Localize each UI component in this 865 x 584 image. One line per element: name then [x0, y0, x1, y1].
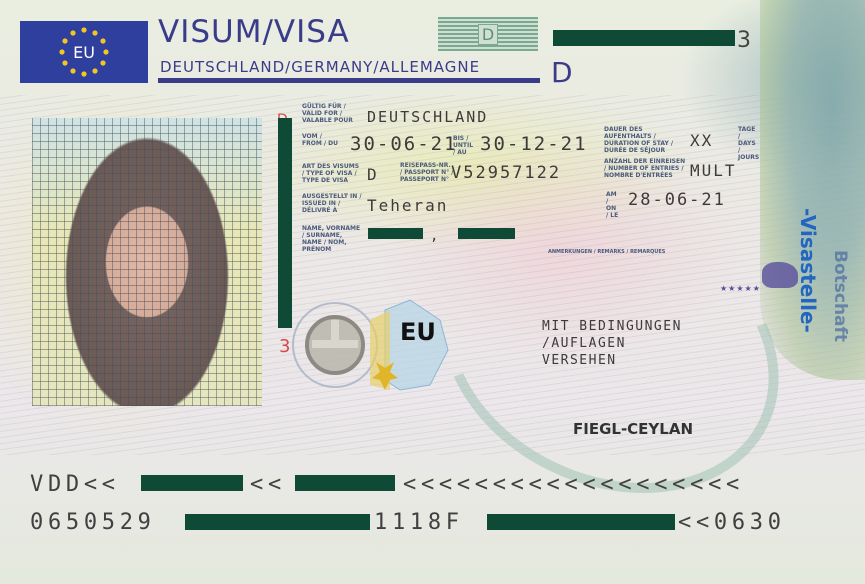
remarks-text: MIT BEDINGUNGEN/AUFLAGENVERSEHEN — [542, 318, 682, 369]
label-name: NAME, VORNAME / SURNAME, NAME / NOM, PRÉ… — [302, 225, 362, 253]
document-subtitle: DEUTSCHLAND/GERMANY/ALLEMAGNE — [160, 58, 480, 76]
mrz-line-1-filler: <<<<<<<<<<<<<<<<<<< — [403, 472, 744, 497]
value-issued-in: Teheran — [367, 196, 448, 215]
label-days: TAGE / DAYS / JOURS — [738, 126, 758, 161]
redacted-visa-number — [553, 30, 735, 46]
remarks-line-2: /AUFLAGEN — [542, 335, 682, 352]
redacted-mrz-given-name — [295, 475, 395, 491]
mrz-line-2-suffix: <<0630 — [678, 510, 786, 535]
mrz-line-1-prefix: VDD<< — [30, 472, 120, 497]
berlin-bear-icon — [762, 262, 798, 288]
value-from: 30-06-21 — [350, 133, 458, 155]
side-text-visastelle: -Visastelle- — [796, 208, 820, 333]
visa-type-letter: D — [551, 56, 573, 89]
label-passport-number: REISEPASS-NR. / PASSPORT N° / PASSEPORT … — [400, 162, 455, 183]
eu-flag-label: EU — [20, 21, 148, 83]
document-title: VISUM/VISA — [158, 14, 350, 50]
side-text-botschaft: Botschaft — [830, 250, 850, 342]
visa-number-suffix: 3 — [737, 28, 751, 53]
issuer-signature: FIEGL-CEYLAN — [573, 420, 693, 438]
value-valid-for: DEUTSCHLAND — [367, 108, 488, 126]
eu-hologram: EU — [290, 290, 460, 405]
holder-photo-pixelated — [32, 118, 262, 406]
label-issued-on: AM / ON / LE — [606, 191, 620, 219]
name-separator: , — [430, 228, 440, 244]
redacted-mrz-surname — [141, 475, 243, 491]
redacted-surname — [368, 228, 423, 239]
label-entries: ANZAHL DER EINREISEN / NUMBER OF ENTRIES… — [604, 158, 688, 179]
value-duration: XX — [690, 131, 713, 150]
label-duration: DAUER DES AUFENTHALTS / DURATION OF STAY… — [604, 126, 688, 154]
remarks-line-3: VERSEHEN — [542, 352, 682, 369]
star-row-icon: ★★★★★ — [720, 284, 761, 293]
label-from: VOM / FROM / DU — [302, 133, 342, 147]
value-entries: MULT — [690, 161, 737, 180]
label-type-of-visa: ART DES VISUMS / TYPE OF VISA / TYPE DE … — [302, 163, 362, 184]
eu-flag: EU — [20, 21, 148, 83]
mrz-line-1-middle: << — [250, 472, 286, 497]
microtext-band — [158, 78, 540, 83]
redacted-given-name — [458, 228, 515, 239]
redacted-mrz-segment-1 — [185, 514, 370, 530]
value-until: 30-12-21 — [480, 133, 588, 155]
label-remarks: ANMERKUNGEN / REMARKS / REMARQUES — [548, 249, 688, 256]
value-passport-number: V52957122 — [451, 163, 561, 183]
mrz-line-2-middle: 1118F — [374, 510, 464, 535]
security-stamp-letter: D — [478, 24, 498, 45]
redacted-mrz-segment-2 — [487, 514, 675, 530]
label-issued-in: AUSGESTELLT IN / ISSUED IN / DÉLIVRÉ À — [302, 193, 362, 214]
photo-side-mark-bottom: 3 — [279, 336, 290, 357]
value-type-of-visa: D — [367, 165, 379, 184]
label-valid-for: GÜLTIG FÜR / VALID FOR / VALABLE POUR — [302, 103, 362, 124]
remarks-line-1: MIT BEDINGUNGEN — [542, 318, 682, 335]
value-issued-on: 28-06-21 — [628, 190, 726, 210]
security-stamp: D — [438, 17, 538, 51]
hologram-eu-text: EU — [400, 318, 436, 346]
mrz-line-2-prefix: 0650529 — [30, 510, 156, 535]
